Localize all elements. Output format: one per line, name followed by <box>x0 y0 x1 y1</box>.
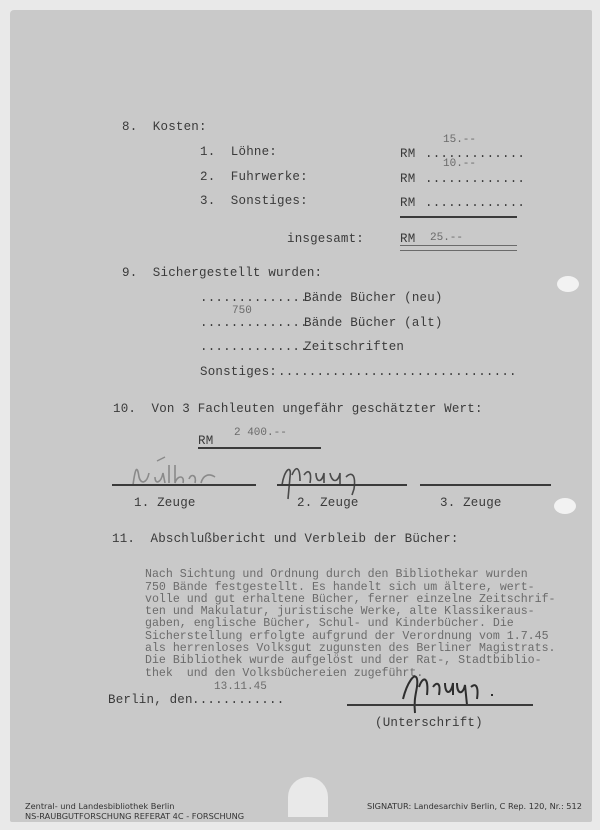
witness-1-label: 1. Zeuge <box>134 496 196 510</box>
signature-line <box>347 704 533 706</box>
place-label: Berlin, den <box>108 693 193 707</box>
section-8-heading: 8. Kosten: <box>122 120 207 134</box>
witness-3-line <box>420 484 551 486</box>
date-value: 13.11.45 <box>214 681 267 693</box>
total-label: insgesamt: <box>287 232 364 246</box>
cost-item-dots: ............. <box>425 196 525 210</box>
other-label: Sonstiges: <box>200 365 277 379</box>
footer-left: Zentral- und Landesbibliothek BerlinNS-R… <box>25 802 244 821</box>
cost-item-currency: RM <box>400 147 415 161</box>
secured-row-label: Zeitschriften <box>304 340 404 354</box>
punch-hole-icon <box>557 276 579 292</box>
cost-item-dots: ............. <box>425 172 525 186</box>
other-dots: ............................... <box>278 365 517 379</box>
secured-row-label: Bände Bücher (neu) <box>304 291 443 305</box>
report-line: gaben, englische Bücher, Schul- und Kind… <box>145 618 556 630</box>
estimate-currency: RM <box>198 434 213 448</box>
witness-2-signature <box>270 455 390 500</box>
secured-row-dots: .............. <box>200 316 308 330</box>
section-10-heading: 10. Von 3 Fachleuten ungefähr geschätzte… <box>113 402 483 416</box>
report-line: Nach Sichtung und Ordnung durch den Bibl… <box>145 569 556 581</box>
estimate-value: 2 400.-- <box>234 427 287 439</box>
secured-row-label: Bände Bücher (alt) <box>304 316 443 330</box>
total-currency: RM <box>400 232 415 246</box>
cost-item-label: 1. Löhne: <box>200 145 277 159</box>
cost-item-value: 15.-- <box>443 134 476 146</box>
total-double-underline <box>400 245 517 251</box>
punch-hole-icon <box>554 498 576 514</box>
witness-2-label: 2. Zeuge <box>297 496 359 510</box>
cost-item-currency: RM <box>400 172 415 186</box>
witness-2-line <box>277 484 407 486</box>
cost-item-currency: RM <box>400 196 415 210</box>
witness-3-label: 3. Zeuge <box>440 496 502 510</box>
secured-row-dots: .............. <box>200 340 308 354</box>
author-signature <box>395 665 515 715</box>
section-11-heading: 11. Abschlußbericht und Verbleib der Büc… <box>112 532 459 546</box>
secured-row-dots: .............. <box>200 291 308 305</box>
footer-signature-ref: SIGNATUR: Landesarchiv Berlin, C Rep. 12… <box>367 802 582 812</box>
date-dots: ............ <box>192 693 284 707</box>
cost-item-value: 10.-- <box>443 158 476 170</box>
witness-1-line <box>112 484 256 486</box>
footer-department: NS-RAUBGUTFORSCHUNG REFERAT 4C - FORSCHU… <box>25 812 244 822</box>
section-9-heading: 9. Sichergestellt wurden: <box>122 266 322 280</box>
cost-item-label: 2. Fuhrwerke: <box>200 170 308 184</box>
cost-item-label: 3. Sonstiges: <box>200 194 308 208</box>
total-value: 25.-- <box>430 232 463 244</box>
sum-line <box>400 216 517 218</box>
paper-tear <box>288 777 328 817</box>
signature-caption: (Unterschrift) <box>375 716 483 730</box>
estimate-underline <box>198 447 321 449</box>
